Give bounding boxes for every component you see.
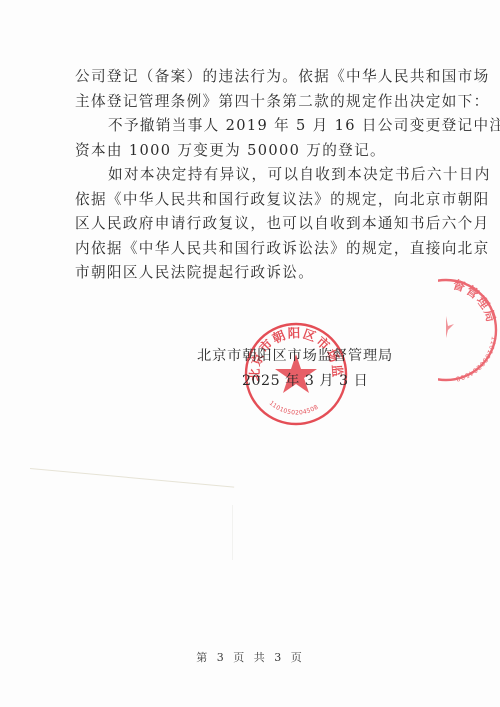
seam-seal: 督管理局 1101050204508	[392, 276, 500, 384]
body-line: 资本由 1000 万变更为 50000 万的登记。	[75, 139, 427, 164]
seam-seal-text: 督管理局	[451, 276, 498, 325]
body-line: 公司登记（备案）的违法行为。依据《中华人民共和国市场	[75, 65, 427, 90]
issue-date: 2025 年 3 月 3 日	[242, 369, 368, 393]
appeal-paragraph: 如对本决定持有异议，可以自收到本决定书后六十日内	[75, 163, 427, 188]
body-line: 内依据《中华人民共和国行政诉讼法》的规定，直接向北京	[75, 237, 427, 262]
seal-code: 1101050204508	[268, 400, 320, 417]
body-line: 市朝阳区人民法院提起行政诉讼。	[75, 261, 427, 286]
issuer-signature: 北京市朝阳区市场监督管理局	[197, 344, 393, 368]
paper-crease	[30, 468, 234, 488]
svg-text:督管理局: 督管理局	[451, 276, 498, 325]
svg-text:1101050204508: 1101050204508	[455, 336, 498, 383]
paper-crease-vertical	[232, 505, 233, 560]
seam-seal-code: 1101050204508	[455, 336, 498, 383]
page-number: 第 3 页 共 3 页	[0, 649, 500, 665]
body-line: 依据《中华人民共和国行政复议法》的规定，向北京市朝阳	[75, 188, 427, 213]
body-line: 区人民政府申请行政复议，也可以自收到本通知书后六个月	[75, 212, 427, 237]
svg-text:1101050204508: 1101050204508	[268, 400, 320, 417]
decision-paragraph: 不予撤销当事人 2019 年 5 月 16 日公司变更登记中注册	[75, 114, 427, 139]
body-line: 主体登记管理条例》第四十条第二款的规定作出决定如下：	[75, 90, 427, 115]
document-page: 公司登记（备案）的违法行为。依据《中华人民共和国市场 主体登记管理条例》第四十条…	[0, 0, 500, 707]
document-body: 公司登记（备案）的违法行为。依据《中华人民共和国市场 主体登记管理条例》第四十条…	[75, 65, 427, 286]
